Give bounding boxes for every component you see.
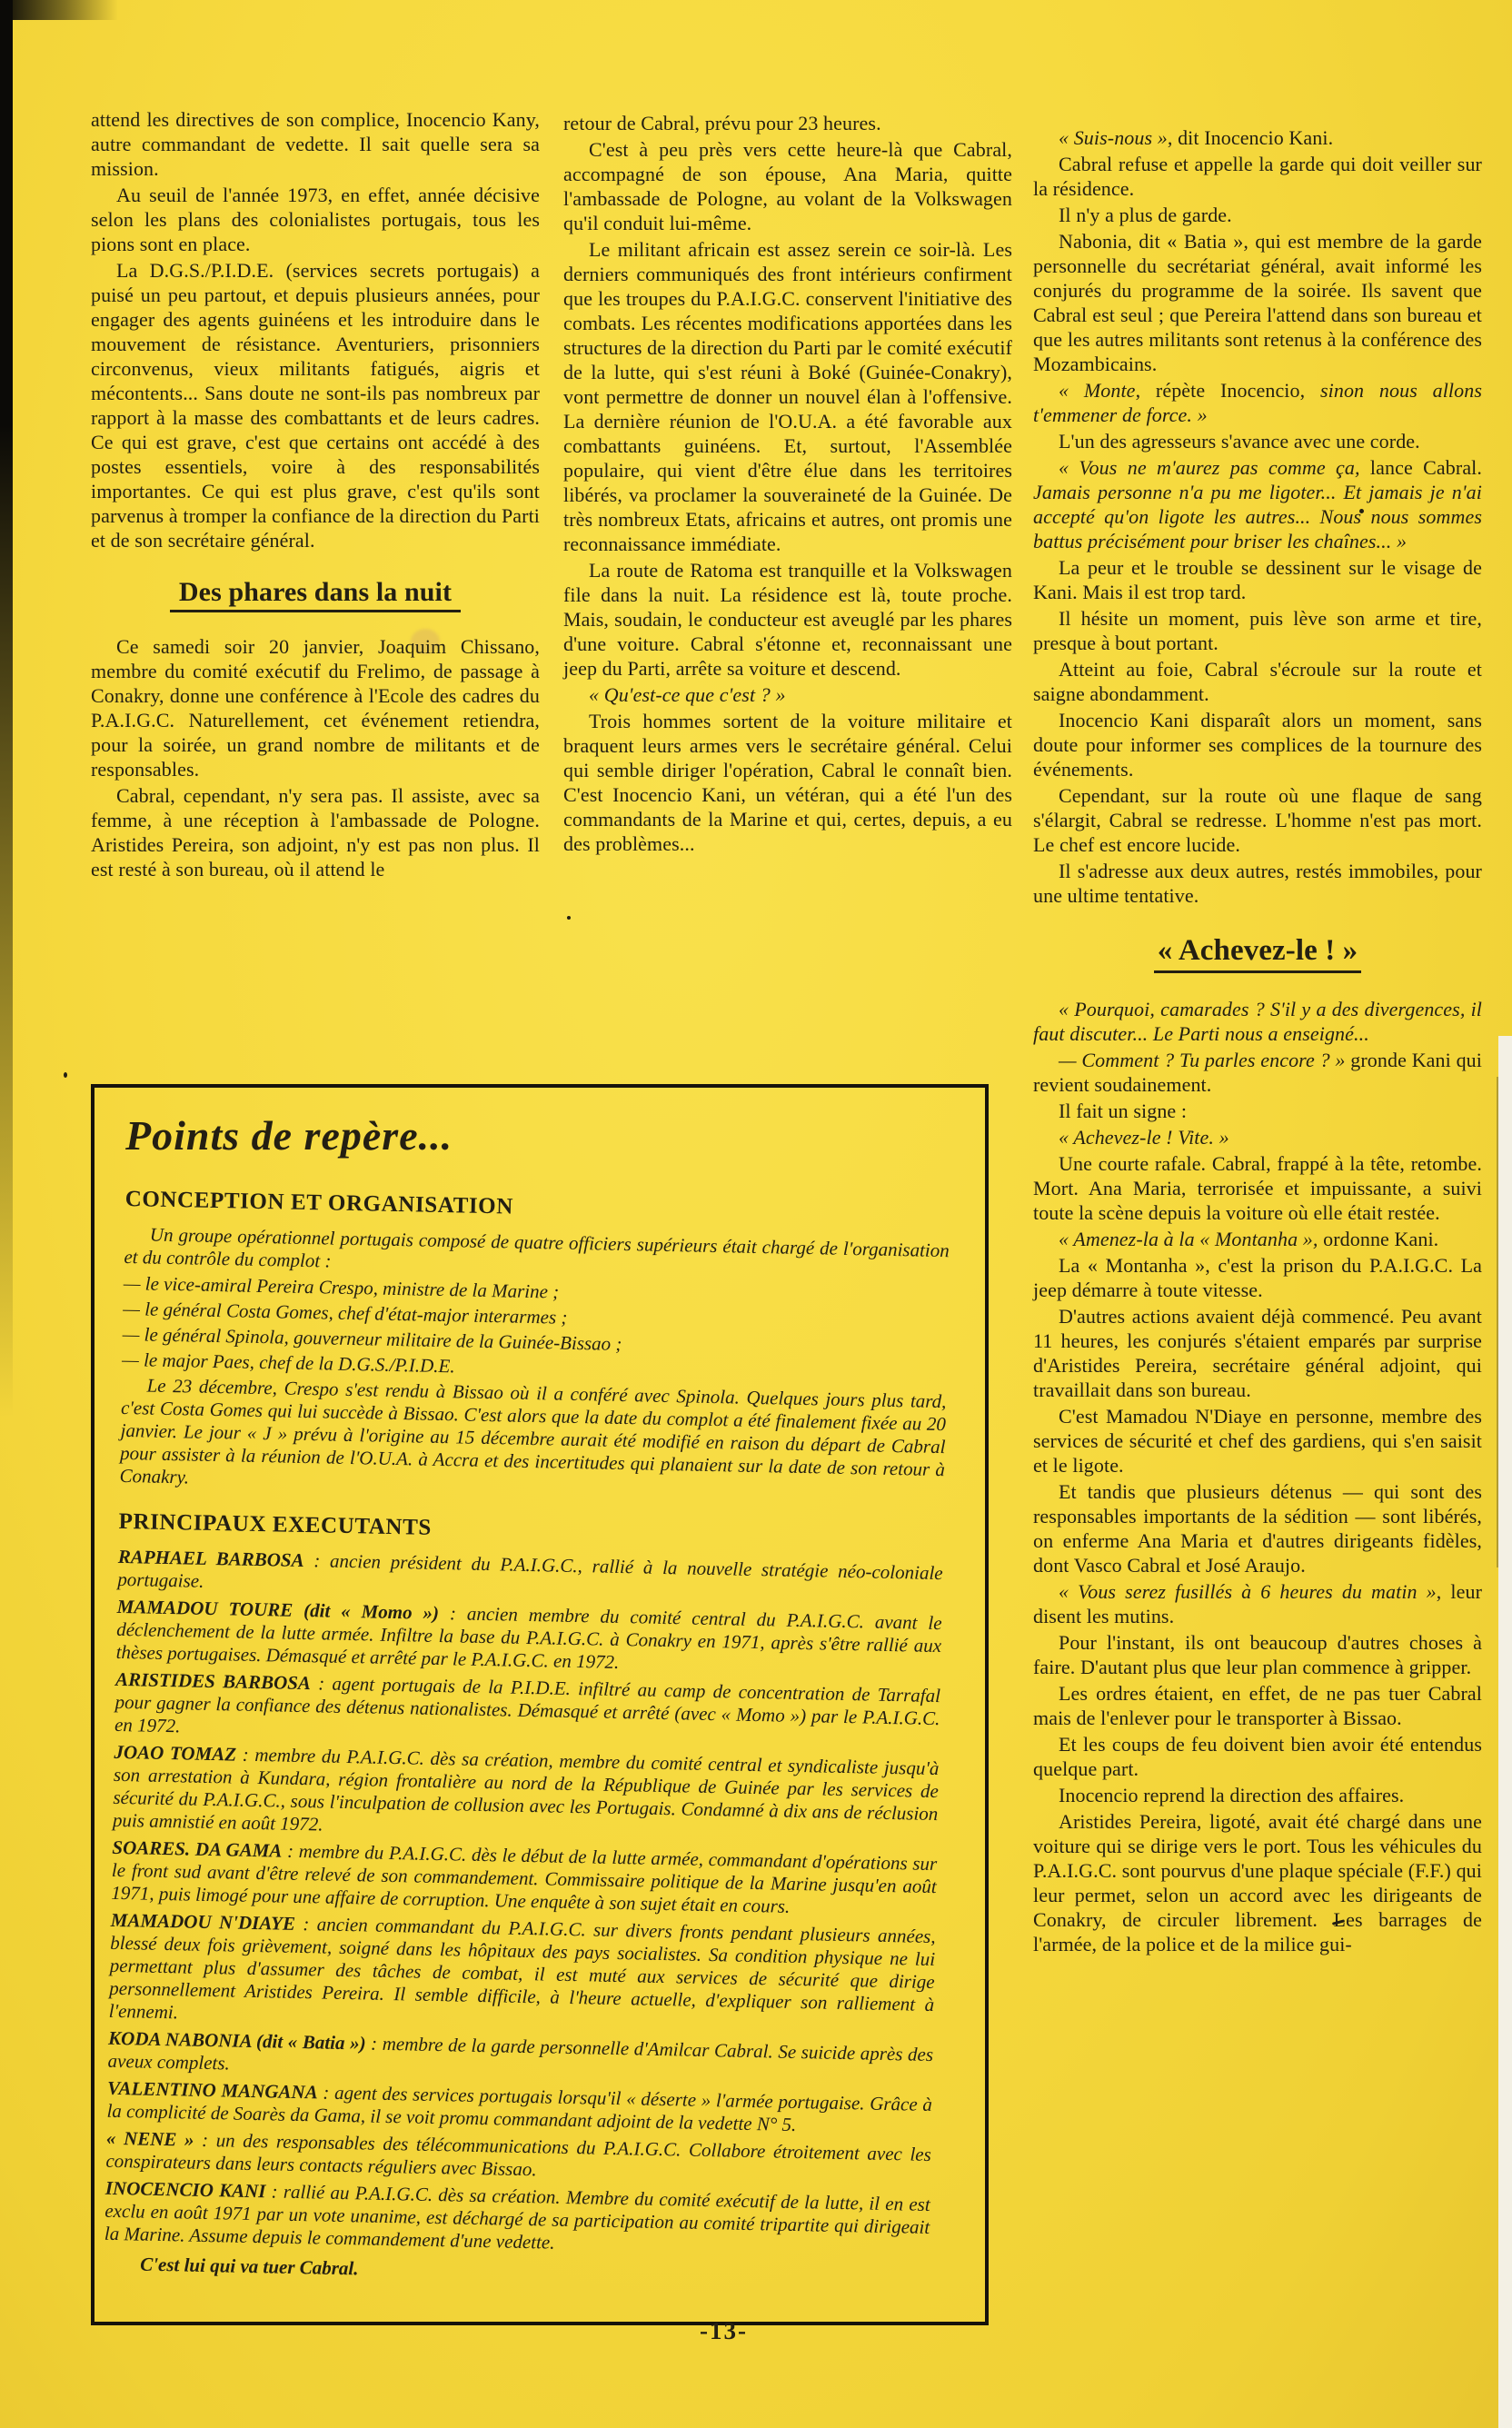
- scan-edge-right-line: [1497, 1077, 1498, 1567]
- paragraph: D'autres actions avaient déjà commencé. …: [1033, 1304, 1482, 1402]
- executant-name: VALENTINO MANGANA: [107, 2077, 318, 2104]
- quote-paragraph: « Amenez-la à la « Montanha », ordonne K…: [1033, 1227, 1482, 1251]
- paragraph: Trois hommes sortent de la voiture milit…: [563, 709, 1012, 856]
- quote-text: Jamais personne n'a pu me ligoter... Et …: [1033, 481, 1482, 552]
- quote-text: « Vous serez fusillés à 6 heures du mati…: [1059, 1580, 1437, 1603]
- paragraph: Ce samedi soir 20 janvier, Joaquim Chiss…: [91, 634, 540, 781]
- executant-entry: MAMADOU TOURE (dit « Momo ») : ancien me…: [115, 1596, 941, 1680]
- paragraph: retour de Cabral, prévu pour 23 heures.: [563, 111, 1012, 135]
- sidebar-box-points-de-repere: Points de repère... CONCEPTION ET ORGANI…: [91, 1084, 989, 2325]
- quote-paragraph: « Pourquoi, camarades ? S'il y a des div…: [1033, 997, 1482, 1046]
- paragraph: Il s'adresse aux deux autres, restés imm…: [1033, 859, 1482, 908]
- executant-entry: MAMADOU N'DIAYE : ancien commandant du P…: [109, 1909, 936, 2039]
- paragraph: Le militant africain est assez serein ce…: [563, 237, 1012, 556]
- speaker-text: , répète Inocencio,: [1136, 379, 1320, 402]
- paragraph: Et tandis que plusieurs détenus — qui so…: [1033, 1479, 1482, 1577]
- quote-paragraph: « Vous serez fusillés à 6 heures du mati…: [1033, 1579, 1482, 1628]
- paragraph: Au seuil de l'année 1973, en effet, anné…: [91, 183, 540, 256]
- quote-paragraph: « Achevez-le ! Vite. »: [1033, 1125, 1482, 1149]
- quote-text: « Monte: [1059, 379, 1136, 402]
- paragraph: Pour l'instant, ils ont beaucoup d'autre…: [1033, 1630, 1482, 1679]
- scanned-magazine-page: attend les directives de son complice, I…: [0, 0, 1512, 2428]
- paragraph: Cabral refuse et appelle la garde qui do…: [1033, 152, 1482, 201]
- paragraph: L'un des agresseurs s'avance avec une co…: [1033, 429, 1482, 453]
- quote-text: « Vous ne m'aurez pas comme ça,: [1059, 456, 1360, 479]
- executant-name: ARISTIDES BARBOSA: [115, 1668, 311, 1694]
- paragraph: Les ordres étaient, en effet, de ne pas …: [1033, 1681, 1482, 1730]
- executant-name: SOARES. DA GAMA: [112, 1836, 282, 1862]
- executant-entry: JOAO TOMAZ : membre du P.A.I.G.C. dès sa…: [113, 1741, 940, 1848]
- executant-name: INOCENCIO KANI: [105, 2177, 266, 2203]
- executant-name: « NENE »: [106, 2127, 194, 2151]
- paragraph: attend les directives de son complice, I…: [91, 107, 540, 181]
- paragraph: La peur et le trouble se dessinent sur l…: [1033, 555, 1482, 604]
- column-3: « Suis-nous », dit Inocencio Kani. Cabra…: [1033, 125, 1482, 1958]
- paragraph: Aristides Pereira, ligoté, avait été cha…: [1033, 1809, 1482, 1956]
- paragraph: Il hésite un moment, puis lève son arme …: [1033, 606, 1482, 655]
- paragraph: C'est Mamadou N'Diaye en personne, membr…: [1033, 1404, 1482, 1478]
- paragraph: Une courte rafale. Cabral, frappé à la t…: [1033, 1151, 1482, 1225]
- quote-paragraph: « Suis-nous », dit Inocencio Kani.: [1033, 125, 1482, 150]
- speaker-text: ordonne Kani.: [1318, 1228, 1439, 1250]
- executant-entry: INOCENCIO KANI : rallié au P.A.I.G.C. dè…: [104, 2177, 930, 2262]
- box-body: CONCEPTION ET ORGANISATION Un groupe opé…: [104, 1187, 950, 2292]
- paragraph: Inocencio Kani disparaît alors un moment…: [1033, 708, 1482, 781]
- paragraph: La « Montanha », c'est la prison du P.A.…: [1033, 1253, 1482, 1302]
- section-heading-text: « Achevez-le ! »: [1154, 939, 1362, 973]
- column-1: attend les directives de son complice, I…: [91, 107, 540, 883]
- paragraph: Cabral, cependant, n'y sera pas. Il assi…: [91, 783, 540, 881]
- section-heading-achevez-le: « Achevez-le ! »: [1033, 939, 1482, 973]
- section-heading-text: Des phares dans la nuit: [170, 580, 461, 612]
- paragraph: C'est à peu près vers cette heure-là que…: [563, 137, 1012, 235]
- paragraph: Le 23 décembre, Crespo s'est rendu à Bis…: [119, 1374, 946, 1504]
- paragraph: La route de Ratoma est tranquille et la …: [563, 558, 1012, 681]
- quote-paragraph: « Vous ne m'aurez pas comme ça, lance Ca…: [1033, 455, 1482, 553]
- executant-name: MAMADOU N'DIAYE: [111, 1909, 296, 1935]
- speaker-text: , dit Inocencio Kani.: [1168, 126, 1333, 149]
- paragraph: Cependant, sur la route où une flaque de…: [1033, 783, 1482, 857]
- box-heading-conception: CONCEPTION ET ORGANISATION: [124, 1187, 950, 1229]
- ink-speck: [64, 1072, 67, 1078]
- paragraph: Il fait un signe :: [1033, 1099, 1482, 1123]
- executant-name: JOAO TOMAZ: [114, 1741, 236, 1766]
- scan-corner-top-left: [0, 0, 118, 20]
- scan-edge-right: [1498, 1036, 1512, 2428]
- paragraph: Atteint au foie, Cabral s'écroule sur la…: [1033, 657, 1482, 706]
- ink-speck: [567, 916, 571, 920]
- quote-paragraph: « Qu'est-ce que c'est ? »: [563, 682, 1012, 707]
- paragraph: La D.G.S./P.I.D.E. (services secrets por…: [91, 258, 540, 552]
- quote-text: « Suis-nous »: [1059, 126, 1168, 149]
- quote-paragraph: — Comment ? Tu parles encore ? » gronde …: [1033, 1048, 1482, 1097]
- paragraph: Il n'y a plus de garde.: [1033, 203, 1482, 227]
- column-2: retour de Cabral, prévu pour 23 heures. …: [563, 111, 1012, 858]
- box-heading-executants: PRINCIPAUX EXECUTANTS: [118, 1509, 943, 1551]
- section-heading-des-phares: Des phares dans la nuit: [91, 580, 540, 612]
- quote-paragraph: « Monte, répète Inocencio, sinon nous al…: [1033, 378, 1482, 427]
- executant-entry: SOARES. DA GAMA : membre du P.A.I.G.C. d…: [111, 1836, 937, 1921]
- officers-list: — le vice-amiral Pereira Crespo, ministr…: [122, 1272, 949, 1388]
- scan-edge-left: [0, 0, 13, 1418]
- executant-entry: ARISTIDES BARBOSA : agent portugais de l…: [114, 1668, 940, 1753]
- box-title: Points de repère...: [125, 1111, 950, 1159]
- speaker-text: lance Cabral.: [1360, 456, 1482, 479]
- paragraph: Inocencio reprend la direction des affai…: [1033, 1783, 1482, 1807]
- paragraph: Nabonia, dit « Batia », qui est membre d…: [1033, 229, 1482, 376]
- executant-name: RAPHAEL BARBOSA: [118, 1546, 304, 1571]
- quote-text: — Comment ? Tu parles encore ? »: [1059, 1049, 1346, 1071]
- executant-desc: : membre du P.A.I.G.C. dès sa création, …: [113, 1744, 940, 1836]
- page-number: -13-: [700, 2317, 748, 2345]
- quote-text: « Amenez-la à la « Montanha »,: [1059, 1228, 1318, 1250]
- paragraph: Et les coups de feu doivent bien avoir é…: [1033, 1732, 1482, 1781]
